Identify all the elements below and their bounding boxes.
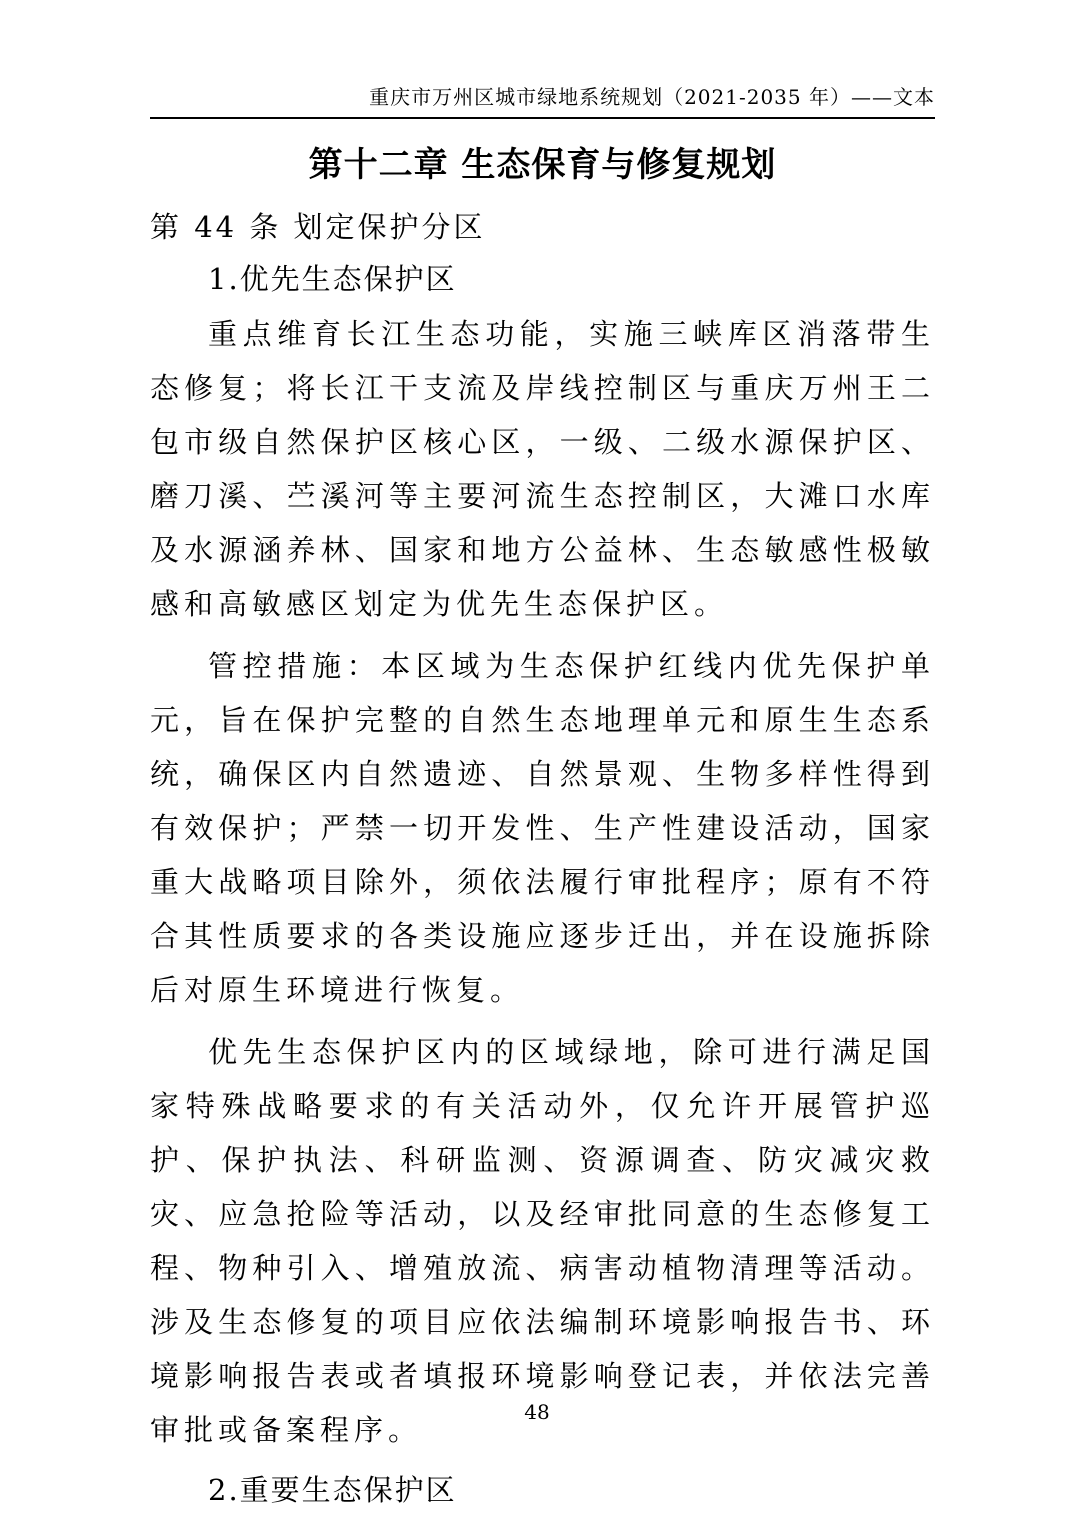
page-number: 48 xyxy=(0,1400,1074,1424)
paragraph-regional-greenspace-rules: 优先生态保护区内的区域绿地，除可进行满足国家特殊战略要求的有关活动外，仅允许开展… xyxy=(150,1025,935,1457)
paragraph-priority-zone-definition: 重点维育长江生态功能，实施三峡库区消落带生态修复；将长江干支流及岸线控制区与重庆… xyxy=(150,307,935,631)
subsection-heading-priority-zone: 1.优先生态保护区 xyxy=(150,259,935,299)
document-page: 重庆市万州区城市绿地系统规划（2021-2035 年）——文本 第十二章 生态保… xyxy=(0,0,1074,1520)
chapter-title: 第十二章 生态保育与修复规划 xyxy=(150,144,935,186)
paragraph-control-measures: 管控措施：本区域为生态保护红线内优先保护单元，旨在保护完整的自然生态地理单元和原… xyxy=(150,639,935,1017)
article-heading: 第 44 条 划定保护分区 xyxy=(150,208,935,246)
page-header: 重庆市万州区城市绿地系统规划（2021-2035 年）——文本 xyxy=(150,84,935,119)
running-header-text: 重庆市万州区城市绿地系统规划（2021-2035 年）——文本 xyxy=(150,84,935,110)
header-rule xyxy=(150,117,935,119)
subsection-heading-important-zone: 2.重要生态保护区 xyxy=(150,1470,935,1510)
